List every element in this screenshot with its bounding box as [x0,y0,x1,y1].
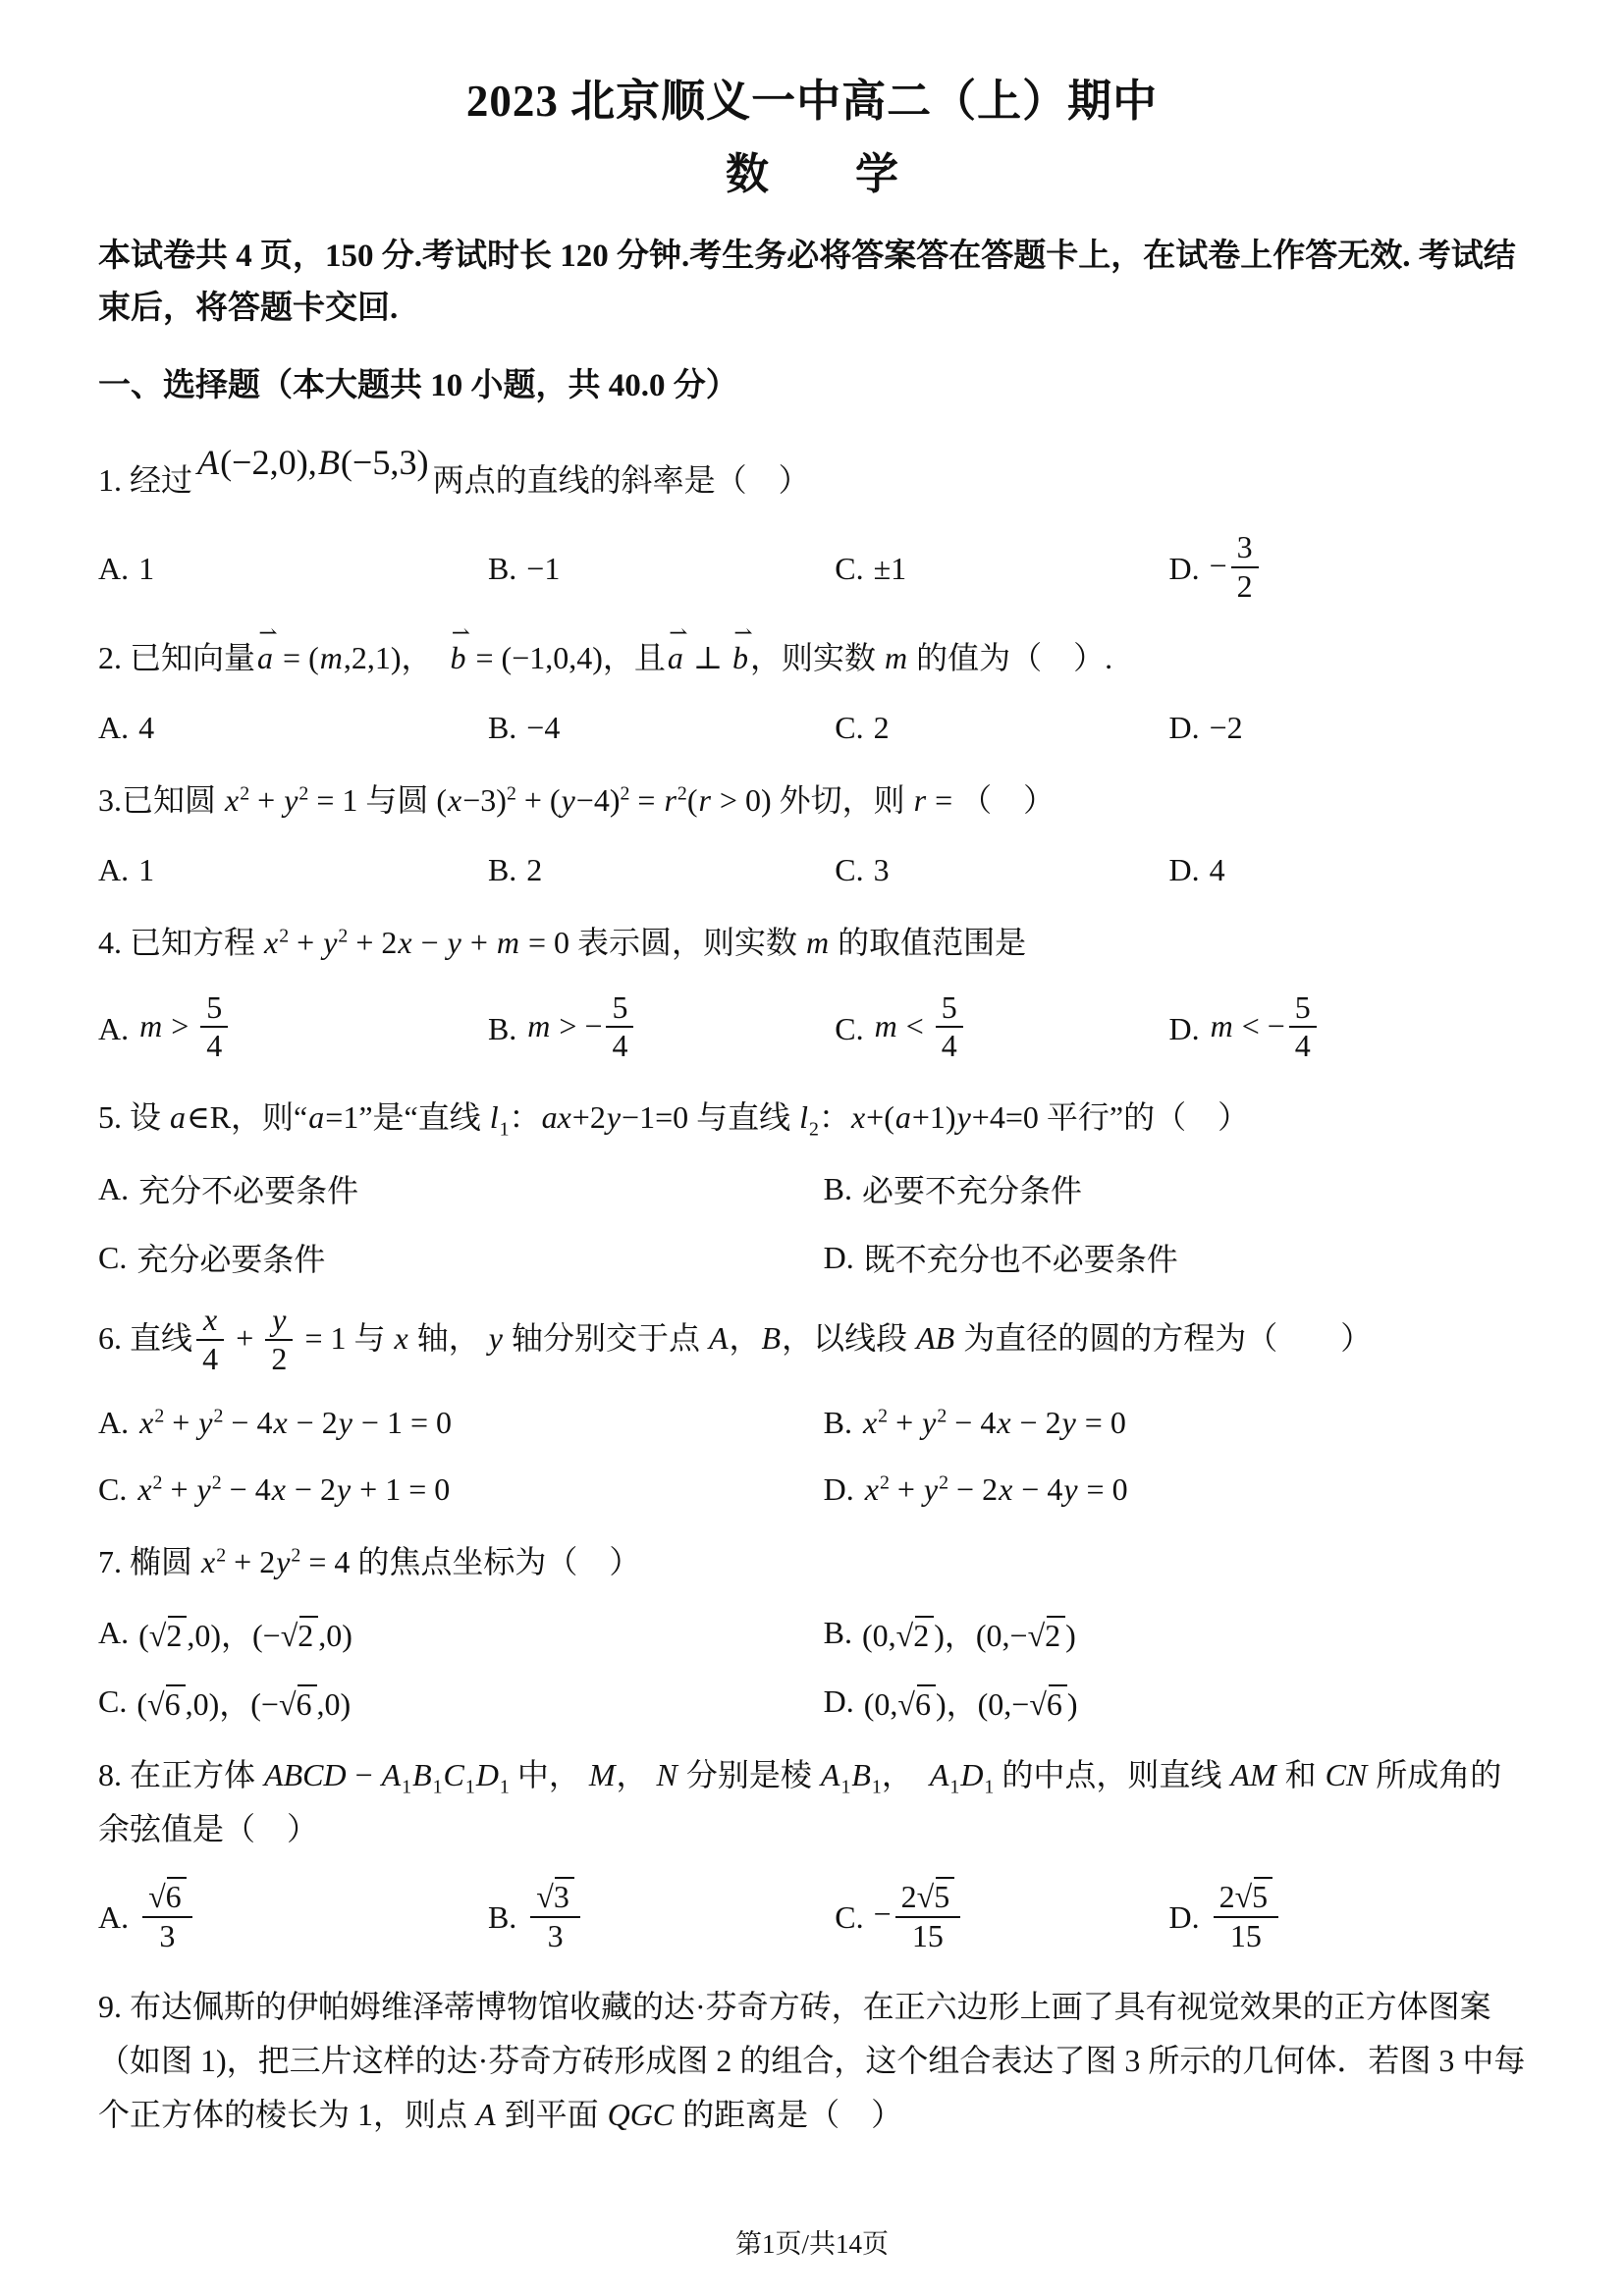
question-2-option-d: D.−2 [1168,707,1526,750]
question-5-option-c: C.充分必要条件 [98,1235,824,1280]
page-number: 第1页/共14页 [735,2229,889,2259]
option-label: C. [98,1240,127,1276]
page-title: 2023 北京顺义一中高二（上）期中 [98,65,1526,129]
option-value: x2 + y2 − 4x − 2y = 0 [862,1405,1126,1441]
question-5-stem: 5. 设 a∈R，则“a=1”是“直线 l1：ax+2y−1=0 与直线 l2：… [98,1091,1526,1145]
option-value: −32 [1210,531,1263,608]
question-1-option-b: B.−1 [488,548,835,591]
option-value: ±1 [874,551,907,587]
question-8-option-c: C.−2515 [835,1878,1168,1957]
option-value: 既不充分也不必要条件 [864,1235,1178,1280]
question-9-stem: 9. 布达佩斯的伊帕姆维泽蒂博物馆收藏的达·芬奇方砖，在正六边形上画了具有视觉效… [98,1980,1526,2142]
exam-notice: 本试卷共 4 页，150 分.考试时长 120 分钟.考生务必将答案答在答题卡上… [98,231,1526,336]
question-5-options: A.充分不必要条件 B.必要不充分条件 C.充分必要条件 D.既不充分也不必要条… [98,1166,1526,1280]
question-3-options: A.1 B.2 C.3 D.4 [98,849,1526,892]
option-label: C. [835,551,863,587]
option-label: C. [98,1683,127,1720]
option-label: B. [488,1011,516,1047]
question-4-options: A.m > 54 B.m > −54 C.m < 54 D.m < −54 [98,991,1526,1068]
question-2-option-b: B.−4 [488,707,835,750]
option-value: −1 [526,551,560,587]
question-2-option-c: C.2 [835,707,1168,750]
option-label: B. [488,852,516,888]
option-label: D. [824,1683,854,1720]
option-value: 充分必要条件 [136,1235,325,1280]
section-heading-choice: 一、选择题（本大题共 10 小题，共 40.0 分） [98,359,1526,405]
option-label: B. [824,1615,852,1651]
question-7-options: A.(2,0)，(−2,0) B.(0,2)，(0,−2) C.(6,0)，(−… [98,1611,1526,1725]
option-label: D. [1168,1899,1199,1936]
option-value: m < −54 [1210,991,1321,1068]
option-label: B. [824,1405,852,1441]
question-3-stem: 3.已知圆 x2 + y2 = 1 与圆 (x−3)2 + (y−4)2 = r… [98,774,1526,828]
option-label: A. [98,1405,129,1441]
option-label: A. [98,852,129,888]
option-value: 2 [526,852,542,888]
option-value: −2 [1210,710,1243,746]
option-value: m < 54 [874,991,967,1068]
option-label: B. [488,710,516,746]
question-6: 6. 直线x4 + y2 = 1 与 x 轴， y 轴分别交于点 A，B，以线段… [98,1304,1526,1512]
question-1-option-a: A.1 [98,548,488,591]
question-1-option-c: C.±1 [835,548,1168,591]
question-4-option-d: D.m < −54 [1168,991,1526,1068]
option-value: (2,0)，(−2,0) [138,1611,352,1656]
question-7-option-c: C.(6,0)，(−6,0) [98,1680,824,1725]
question-1-stem: 1. 经过A(−2,0),B(−5,3)两点的直线的斜率是（ ） [98,433,1526,509]
question-8-option-d: D.2515 [1168,1878,1526,1957]
option-value: 4 [1210,852,1225,888]
question-4-stem: 4. 已知方程 x2 + y2 + 2x − y + m = 0 表示圆，则实数… [98,916,1526,970]
option-label: A. [98,1171,129,1207]
option-label: A. [98,1615,129,1651]
question-4-option-b: B.m > −54 [488,991,835,1068]
question-5: 5. 设 a∈R，则“a=1”是“直线 l1：ax+2y−1=0 与直线 l2：… [98,1091,1526,1280]
option-label: D. [1168,1011,1199,1047]
question-3-option-b: B.2 [488,849,835,892]
page-footer: 第1页/共14页 [98,2195,1526,2261]
option-label: A. [98,551,129,587]
question-7-option-a: A.(2,0)，(−2,0) [98,1611,824,1656]
option-value: (0,6)，(0,−6) [864,1680,1078,1725]
question-5-option-d: D.既不充分也不必要条件 [824,1235,1526,1280]
option-label: B. [824,1171,852,1207]
option-label: C. [835,1899,863,1936]
question-1-option-d: D.−32 [1168,531,1526,608]
option-value: m > −54 [526,991,637,1068]
question-6-option-a: A.x2 + y2 − 4x − 2y − 1 = 0 [98,1402,824,1445]
option-value: 充分不必要条件 [138,1166,358,1211]
option-value: x2 + y2 − 4x − 2y − 1 = 0 [138,1405,452,1441]
question-3-option-a: A.1 [98,849,488,892]
question-8: 8. 在正方体 ABCD − A1B1C1D1 中， M， N 分别是棱 A1B… [98,1748,1526,1957]
option-label: A. [98,1011,129,1047]
option-value: 3 [874,852,890,888]
question-6-option-c: C.x2 + y2 − 4x − 2y + 1 = 0 [98,1468,824,1512]
question-4-option-c: C.m < 54 [835,991,1168,1068]
option-label: D. [824,1471,854,1508]
question-3: 3.已知圆 x2 + y2 = 1 与圆 (x−3)2 + (y−4)2 = r… [98,774,1526,892]
question-8-option-b: B.33 [488,1878,835,1957]
option-value: −2515 [874,1878,965,1957]
question-5-option-b: B.必要不充分条件 [824,1166,1526,1211]
question-7-stem: 7. 椭圆 x2 + 2y2 = 4 的焦点坐标为（ ） [98,1535,1526,1589]
question-9: 9. 布达佩斯的伊帕姆维泽蒂博物馆收藏的达·芬奇方砖，在正六边形上画了具有视觉效… [98,1980,1526,2142]
question-7: 7. 椭圆 x2 + 2y2 = 4 的焦点坐标为（ ） A.(2,0)，(−2… [98,1535,1526,1725]
option-value: 63 [138,1878,196,1957]
option-label: D. [1168,551,1199,587]
option-label: D. [824,1240,854,1276]
question-3-option-d: D.4 [1168,849,1526,892]
option-label: B. [488,1899,516,1936]
question-2-stem: 2. 已知向量a = (m,2,1)， b = (−1,0,4)，且a ⊥ b，… [98,631,1526,685]
option-value: 4 [138,710,154,746]
option-value: (6,0)，(−6,0) [136,1680,351,1725]
option-label: C. [835,1011,863,1047]
question-3-option-c: C.3 [835,849,1168,892]
option-label: C. [835,710,863,746]
question-1: 1. 经过A(−2,0),B(−5,3)两点的直线的斜率是（ ） A.1 B.−… [98,433,1526,608]
question-6-option-d: D.x2 + y2 − 2x − 4y = 0 [824,1468,1526,1512]
option-label: B. [488,551,516,587]
question-8-stem: 8. 在正方体 ABCD − A1B1C1D1 中， M， N 分别是棱 A1B… [98,1748,1526,1856]
question-7-option-b: B.(0,2)，(0,−2) [824,1611,1526,1656]
question-8-option-a: A.63 [98,1878,488,1957]
option-value: (0,2)，(0,−2) [862,1611,1076,1656]
question-6-stem: 6. 直线x4 + y2 = 1 与 x 轴， y 轴分别交于点 A，B，以线段… [98,1304,1526,1380]
question-7-option-d: D.(0,6)，(0,−6) [824,1680,1526,1725]
option-value: 必要不充分条件 [862,1166,1082,1211]
option-label: D. [1168,852,1199,888]
question-6-option-b: B.x2 + y2 − 4x − 2y = 0 [824,1402,1526,1445]
option-value: 33 [526,1878,584,1957]
question-4-option-a: A.m > 54 [98,991,488,1068]
question-6-options: A.x2 + y2 − 4x − 2y − 1 = 0 B.x2 + y2 − … [98,1402,1526,1512]
option-value: 1 [138,852,154,888]
option-label: C. [835,852,863,888]
option-value: 2 [874,710,890,746]
option-value: m > 54 [138,991,232,1068]
option-label: C. [98,1471,127,1508]
question-8-options: A.63 B.33 C.−2515 D.2515 [98,1878,1526,1957]
page-subtitle: 数 学 [98,138,1526,201]
question-5-option-a: A.充分不必要条件 [98,1166,824,1211]
exam-page: 2023 北京顺义一中高二（上）期中 数 学 本试卷共 4 页，150 分.考试… [0,0,1624,2296]
question-1-options: A.1 B.−1 C.±1 D.−32 [98,531,1526,608]
option-label: D. [1168,710,1199,746]
option-value: x2 + y2 − 4x − 2y + 1 = 0 [136,1471,450,1508]
option-value: −4 [526,710,560,746]
option-label: A. [98,710,129,746]
option-value: 1 [138,551,154,587]
option-value: x2 + y2 − 2x − 4y = 0 [864,1471,1128,1508]
question-2: 2. 已知向量a = (m,2,1)， b = (−1,0,4)，且a ⊥ b，… [98,631,1526,750]
question-2-options: A.4 B.−4 C.2 D.−2 [98,707,1526,750]
question-4: 4. 已知方程 x2 + y2 + 2x − y + m = 0 表示圆，则实数… [98,916,1526,1068]
question-2-option-a: A.4 [98,707,488,750]
option-value: 2515 [1210,1878,1283,1957]
option-label: A. [98,1899,129,1936]
